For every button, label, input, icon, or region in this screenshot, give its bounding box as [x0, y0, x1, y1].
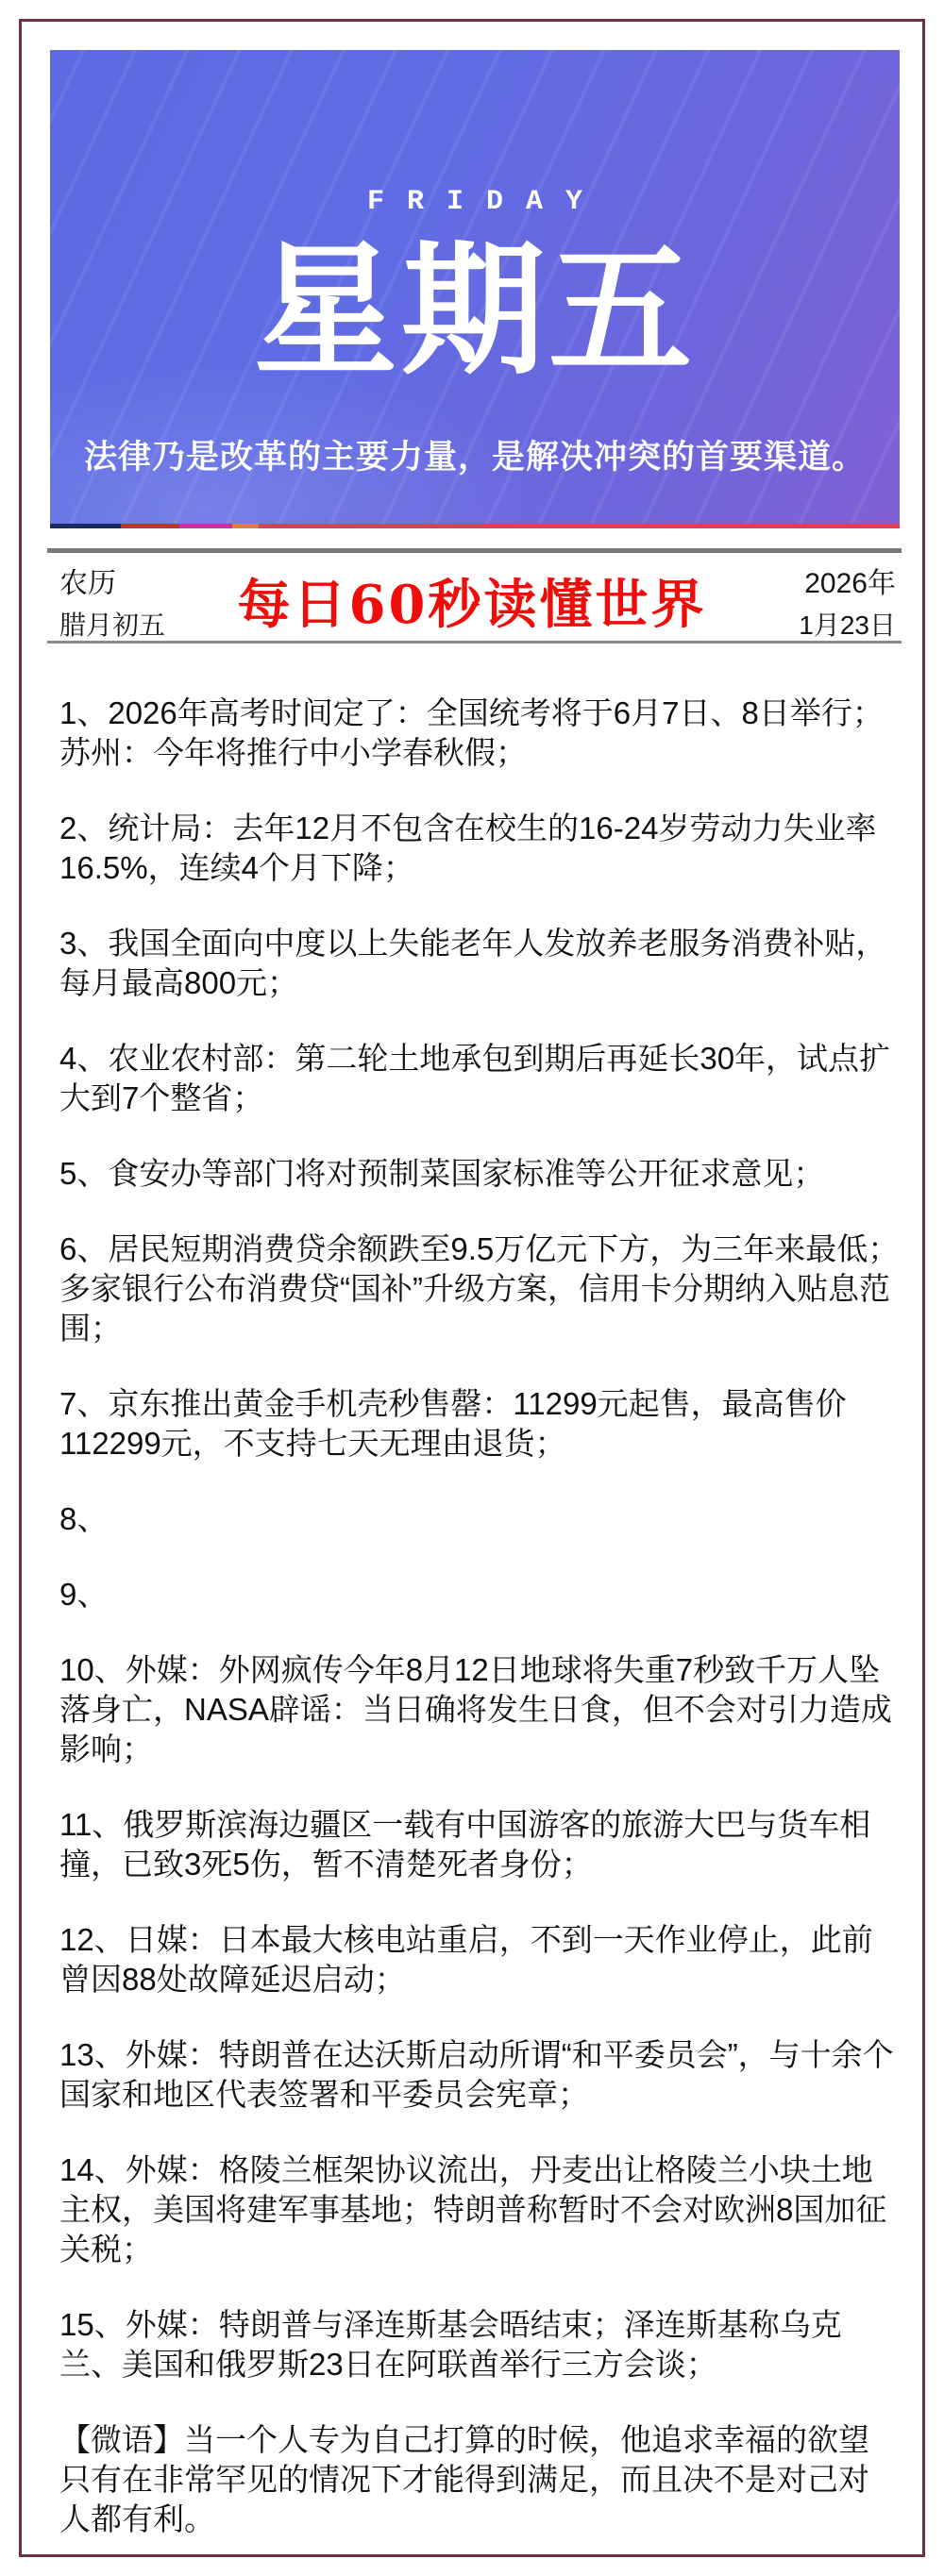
news-item-10: 10、外媒：外网疯传今年8月12日地球将失重7秒致千万人坠落身亡，NASA辟谣：… [59, 1650, 900, 1769]
header-divider-top [47, 548, 902, 553]
year-label: 2026年 [804, 560, 896, 601]
news-item-2: 2、统计局：去年12月不包含在校生的16-24岁劳动力失业率16.5%，连续4个… [59, 809, 900, 888]
footer-aphorism: 【微语】当一个人专为自己打算的时候，他追求幸福的欲望只有在非常罕见的情况下才能得… [59, 2420, 900, 2539]
news-item-13: 13、外媒：特朗普在达沃斯启动所谓“和平委员会”，与十余个国家和地区代表签署和平… [59, 2035, 900, 2115]
weekday-english-label: FRIDAY [50, 186, 900, 218]
poster-frame: FRIDAY 星期五 法律乃是改革的主要力量，是解决冲突的首要渠道。 农历 腊月… [19, 19, 925, 2557]
strip-segment [179, 524, 232, 528]
strip-segment [50, 524, 121, 528]
news-item-11: 11、俄罗斯滨海边疆区一载有中国游客的旅游大巴与货车相撞，已致3死5伤，暂不清楚… [59, 1805, 900, 1884]
news-item-9: 9、 [59, 1575, 900, 1614]
date-label: 1月23日 [799, 605, 896, 643]
banner-bottom-strip [50, 524, 900, 528]
masthead-title: 每日60秒读懂世界 [22, 563, 922, 639]
header-divider-bottom [47, 641, 902, 644]
strip-segment [259, 524, 900, 528]
weekday-chinese-label: 星期五 [50, 235, 900, 386]
news-item-12: 12、日媒：日本最大核电站重启，不到一天作业停止，此前曾因88处故障延迟启动； [59, 1920, 900, 1999]
news-item-8: 8、 [59, 1499, 900, 1539]
strip-segment [232, 524, 259, 528]
news-item-4: 4、农业农村部：第二轮土地承包到期后再延长30年，试点扩大到7个整省； [59, 1039, 900, 1118]
news-item-5: 5、食安办等部门将对预制菜国家标准等公开征求意见； [59, 1154, 900, 1194]
news-item-14: 14、外媒：格陵兰框架协议流出，丹麦出让格陵兰小块土地主权，美国将建军事基地；特… [59, 2150, 900, 2269]
banner-quote: 法律乃是改革的主要力量，是解决冲突的首要渠道。 [50, 431, 900, 478]
news-item-15: 15、外媒：特朗普与泽连斯基会晤结束；泽连斯基称乌克兰、美国和俄罗斯23日在阿联… [59, 2305, 900, 2384]
news-item-7: 7、京东推出黄金手机壳秒售罄：11299元起售，最高售价112299元，不支持七… [59, 1384, 900, 1464]
news-item-1: 1、2026年高考时间定了：全国统考将于6月7日、8日举行；苏州：今年将推行中小… [59, 694, 900, 773]
news-item-3: 3、我国全面向中度以上失能老年人发放养老服务消费补贴，每月最高800元； [59, 924, 900, 1003]
news-list: 1、2026年高考时间定了：全国统考将于6月7日、8日举行；苏州：今年将推行中小… [59, 694, 900, 2575]
news-item-6: 6、居民短期消费贷余额跌至9.5万亿元下方，为三年来最低；多家银行公布消费贷“国… [59, 1229, 900, 1348]
weekday-banner: FRIDAY 星期五 法律乃是改革的主要力量，是解决冲突的首要渠道。 [50, 50, 900, 528]
strip-segment [121, 524, 179, 528]
